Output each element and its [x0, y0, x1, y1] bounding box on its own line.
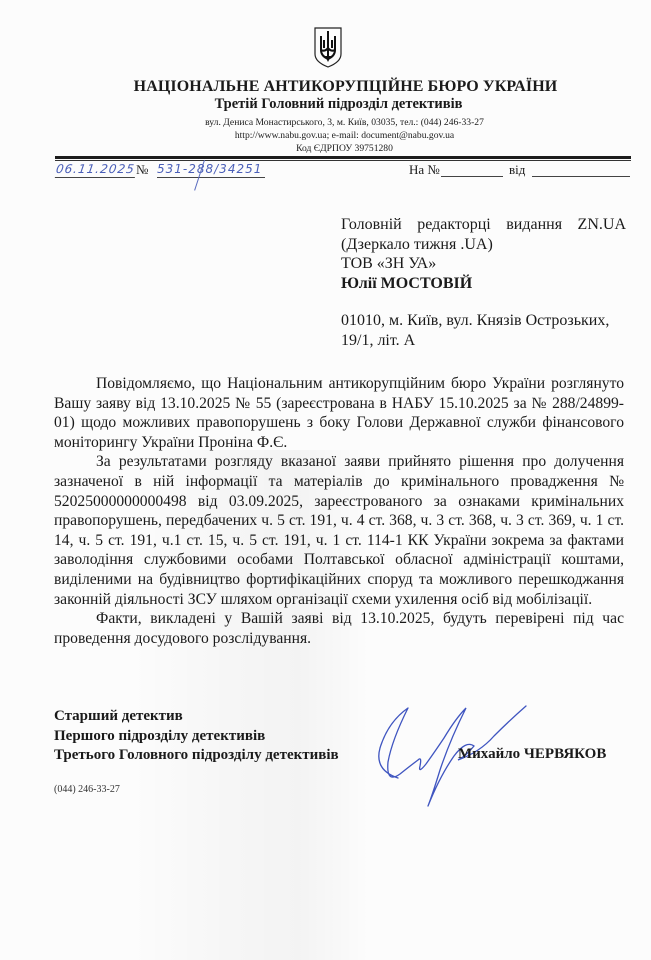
letterhead-divider-thick: [55, 156, 631, 159]
outgoing-date: 06.11.2025: [55, 161, 137, 178]
org-edrpou: Код ЄДРПОУ 39751280: [0, 143, 651, 154]
addressee-line-1: Головній редакторці видання ZN.UA: [341, 215, 626, 235]
incoming-number-label: На №: [409, 162, 440, 178]
position-line-3: Третього Головного підрозділу детективів: [54, 746, 339, 766]
signatory-position: Старший детектив Першого підрозділу дете…: [54, 707, 339, 766]
trident-coat-of-arms-icon: [313, 26, 343, 68]
position-line-2: Першого підрозділу детективів: [54, 727, 339, 747]
letter-body: Повідомляємо, що Національним антикорупц…: [54, 374, 624, 648]
body-paragraph: Факти, викладені у Вашій заяві від 13.10…: [54, 609, 624, 648]
organization-name: НАЦІОНАЛЬНЕ АНТИКОРУПЦІЙНЕ БЮРО УКРАЇНИ: [0, 78, 651, 96]
body-paragraph: За результатами розгляду вказаної заяви …: [54, 452, 624, 609]
letter-page: НАЦІОНАЛЬНЕ АНТИКОРУПЦІЙНЕ БЮРО УКРАЇНИ …: [0, 0, 651, 960]
addressee-address: 01010, м. Київ, вул. Князів Острозьких, …: [341, 311, 626, 350]
body-paragraph: Повідомляємо, що Національним антикорупц…: [54, 374, 624, 452]
signatory-name: Михайло ЧЕРВЯКОВ: [458, 746, 606, 763]
number-label: №: [136, 162, 148, 178]
address-line-2: 19/1, літ. А: [341, 331, 626, 351]
addressee-line-2: (Дзеркало тижня .UA): [341, 235, 626, 255]
org-web-email: http://www.nabu.gov.ua; e-mail: document…: [0, 130, 651, 141]
letterhead-divider-thin: [55, 160, 631, 161]
addressee-line-3: ТОВ «ЗН УА»: [341, 254, 626, 274]
incoming-date-label: від: [509, 162, 525, 178]
position-line-1: Старший детектив: [54, 707, 339, 727]
org-address: вул. Дениса Монастирського, 3, м. Київ, …: [0, 117, 651, 128]
incoming-number-field: [441, 163, 503, 177]
addressee-name: Юлії МОСТОВІЙ: [341, 274, 626, 294]
contact-phone: (044) 246-33-27: [54, 784, 120, 795]
incoming-date-field: [532, 163, 630, 177]
outgoing-number: 531-288/34251: [157, 161, 265, 178]
addressee-block: Головній редакторці видання ZN.UA (Дзерк…: [341, 215, 626, 293]
address-line-1: 01010, м. Київ, вул. Князів Острозьких,: [341, 311, 626, 331]
department-name: Третій Головний підрозділ детективів: [0, 96, 651, 113]
